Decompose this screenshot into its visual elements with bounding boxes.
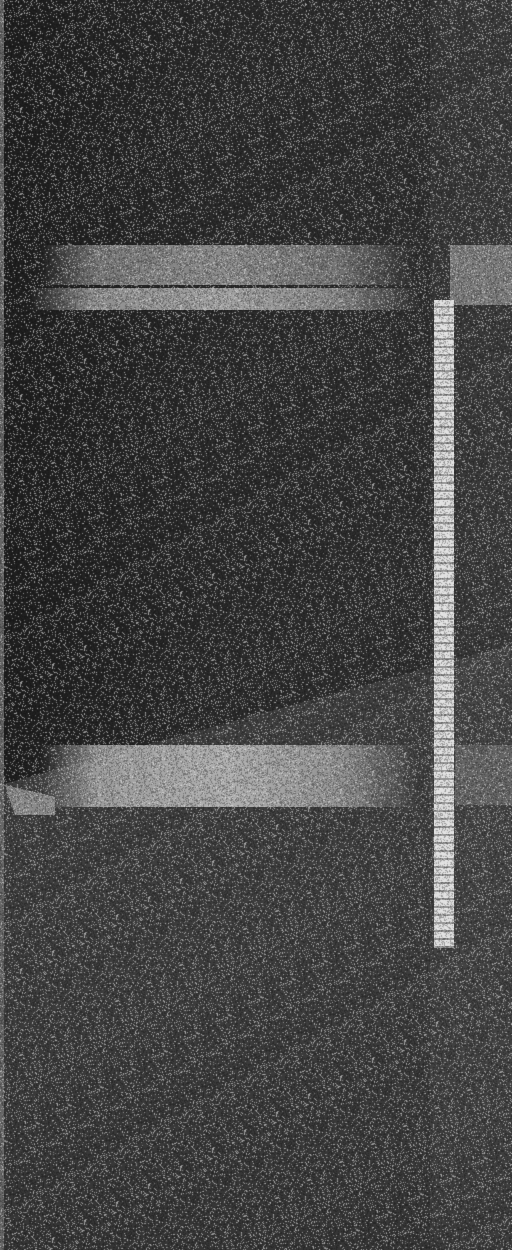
lower-bright-band <box>40 745 420 807</box>
sar-image <box>0 0 512 1250</box>
left-edge-artifact <box>0 0 4 1250</box>
lower-band-right-section <box>455 745 512 805</box>
upper-band-right-section <box>450 245 512 305</box>
vertical-bright-stripe <box>434 300 454 948</box>
upper-bright-band-lower-edge <box>30 288 420 310</box>
upper-bright-band <box>40 245 415 285</box>
